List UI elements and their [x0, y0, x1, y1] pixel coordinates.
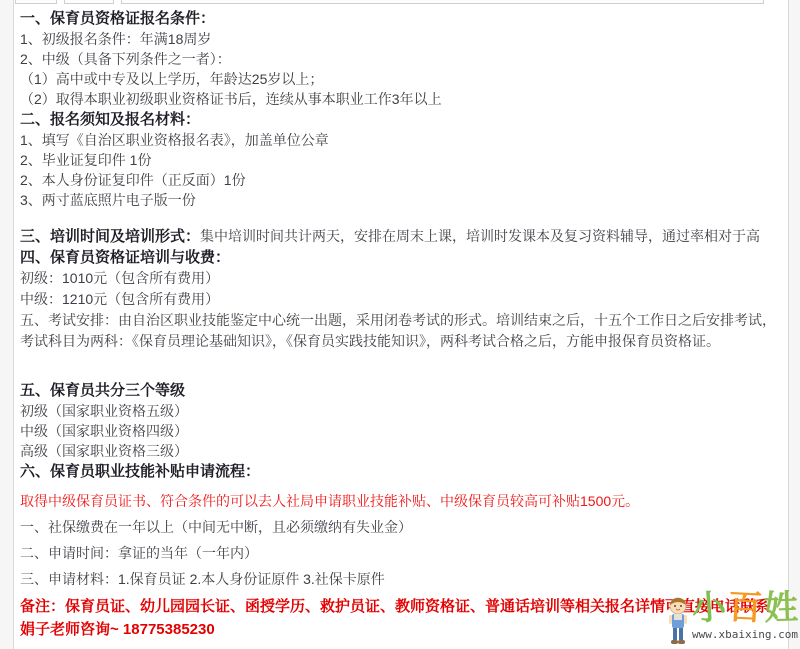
mascot-boy-icon — [666, 596, 692, 646]
doc-line: 中级（国家职业资格四级） — [20, 421, 782, 441]
section-1-heading: 一、保育员资格证报名条件： — [20, 8, 782, 29]
xbaixing-watermark: 小百姓 www.xbaixing.com — [666, 590, 798, 648]
section-3-heading: 三、培训时间及培训形式： — [20, 228, 200, 245]
section-5b-heading: 五、保育员共分三个等级 — [20, 380, 782, 401]
doc-line: 一、社保缴费在一年以上（中间无中断，且必须缴纳有失业金） — [20, 517, 782, 537]
doc-line: 初级：1010元（包含所有费用） — [20, 268, 782, 289]
section-3-text: 集中培训时间共计两天，安排在周末上课，培训时发课本及复习资料辅导，通过率相对于高 — [200, 228, 760, 244]
section-2-items: 1、填写《自治区职业资格报名表》，加盖单位公章 2、毕业证复印件 1份 2、本人… — [20, 130, 782, 210]
doc-line: 2、本人身份证复印件（正反面）1份 — [20, 170, 782, 190]
top-cutoff-box-1 — [15, 0, 57, 4]
doc-line: 二、申请时间：拿证的当年（一年内） — [20, 543, 782, 563]
subsidy-highlight: 取得中级保育员证书、符合条件的可以去人社局申请职业技能补贴、中级保育员较高可补贴… — [20, 491, 782, 511]
doc-line: （2）取得本职业初级职业资格证书后，连续从事本职业工作3年以上 — [20, 89, 782, 109]
watermark-url: www.xbaixing.com — [692, 628, 798, 641]
document-page: 一、保育员资格证报名条件： 1、初级报名条件：年满18周岁 2、中级（具备下列条… — [13, 0, 789, 649]
doc-line: 1、初级报名条件：年满18周岁 — [20, 29, 782, 49]
doc-line: 1、填写《自治区职业资格报名表》，加盖单位公章 — [20, 130, 782, 150]
section-5-paragraph: 五、考试安排：由自治区职业技能鉴定中心统一出题，采用闭卷考试的形式。培训结束之后… — [20, 310, 782, 352]
section-2-heading: 二、报名须知及报名材料： — [20, 109, 782, 130]
watermark-logo-text: 小百姓 — [692, 592, 798, 626]
section-6-heading: 六、保育员职业技能补贴申请流程： — [20, 461, 782, 482]
doc-line: 三、申请材料：1.保育员证 2.本人身份证原件 3.社保卡原件 — [20, 569, 782, 589]
doc-line: 初级（国家职业资格五级） — [20, 401, 782, 421]
subsidy-items: 一、社保缴费在一年以上（中间无中断，且必须缴纳有失业金） 二、申请时间：拿证的当… — [20, 517, 782, 589]
section-4-items: 初级：1010元（包含所有费用） 中级：1210元（包含所有费用） — [20, 268, 782, 310]
section-3-line: 三、培训时间及培训形式：集中培训时间共计两天，安排在周末上课，培训时发课本及复习… — [20, 226, 782, 247]
doc-line: 中级：1210元（包含所有费用） — [20, 289, 782, 310]
doc-line: 2、中级（具备下列条件之一者）： — [20, 49, 782, 69]
doc-line: 3、两寸蓝底照片电子版一份 — [20, 190, 782, 210]
section-4-heading: 四、保育员资格证培训与收费： — [20, 247, 782, 268]
top-cutoff-box-2 — [64, 0, 114, 4]
section-5b-items: 初级（国家职业资格五级） 中级（国家职业资格四级） 高级（国家职业资格三级） — [20, 401, 782, 461]
section-1-items: 1、初级报名条件：年满18周岁 2、中级（具备下列条件之一者）： （1）高中或中… — [20, 29, 782, 109]
doc-line: 2、毕业证复印件 1份 — [20, 150, 782, 170]
top-cutoff-box-3 — [121, 0, 764, 4]
doc-line: （1）高中或中专及以上学历，年龄达25岁以上； — [20, 69, 782, 89]
doc-line: 高级（国家职业资格三级） — [20, 441, 782, 461]
